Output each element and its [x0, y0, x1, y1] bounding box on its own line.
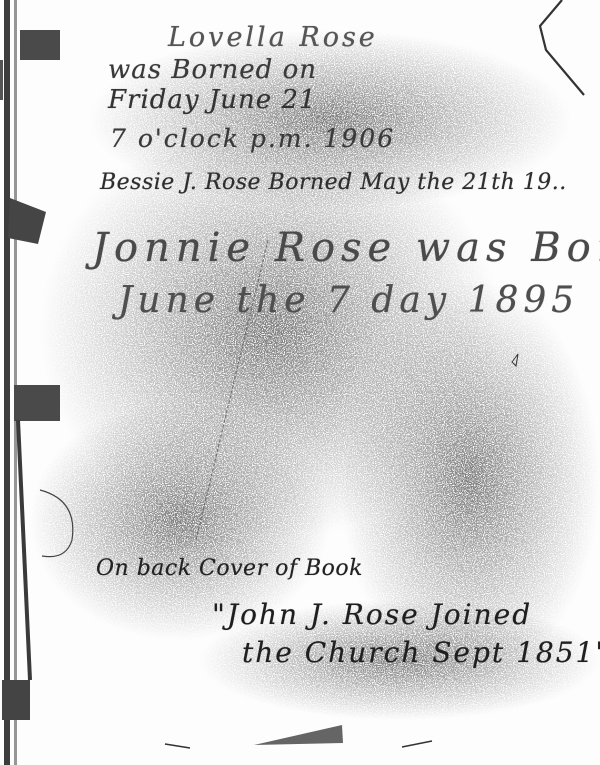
entry-lovella-date: Friday June 21: [108, 85, 317, 115]
entry-jonnie-date: June the 7 day 1895: [118, 280, 579, 321]
scanned-document-page: Lovella Rose was Borned on Friday June 2…: [0, 0, 600, 765]
entry-lovella-name: Lovella Rose: [168, 22, 378, 53]
entry-bessie-birth: Bessie J. Rose Borned May the 21th 19..: [100, 170, 567, 195]
entry-john-church-date: the Church Sept 1851": [242, 636, 600, 669]
entry-lovella-born: was Borned on: [108, 55, 317, 85]
entry-lovella-time-year: 7 o'clock p.m. 1906: [110, 124, 395, 153]
book-binding-edge: [0, 0, 60, 765]
entry-john-joined: "John J. Rose Joined: [212, 598, 532, 631]
entry-jonnie-name: Jonnie Rose was Borned: [92, 225, 600, 271]
back-cover-note: On back Cover of Book: [96, 556, 363, 581]
